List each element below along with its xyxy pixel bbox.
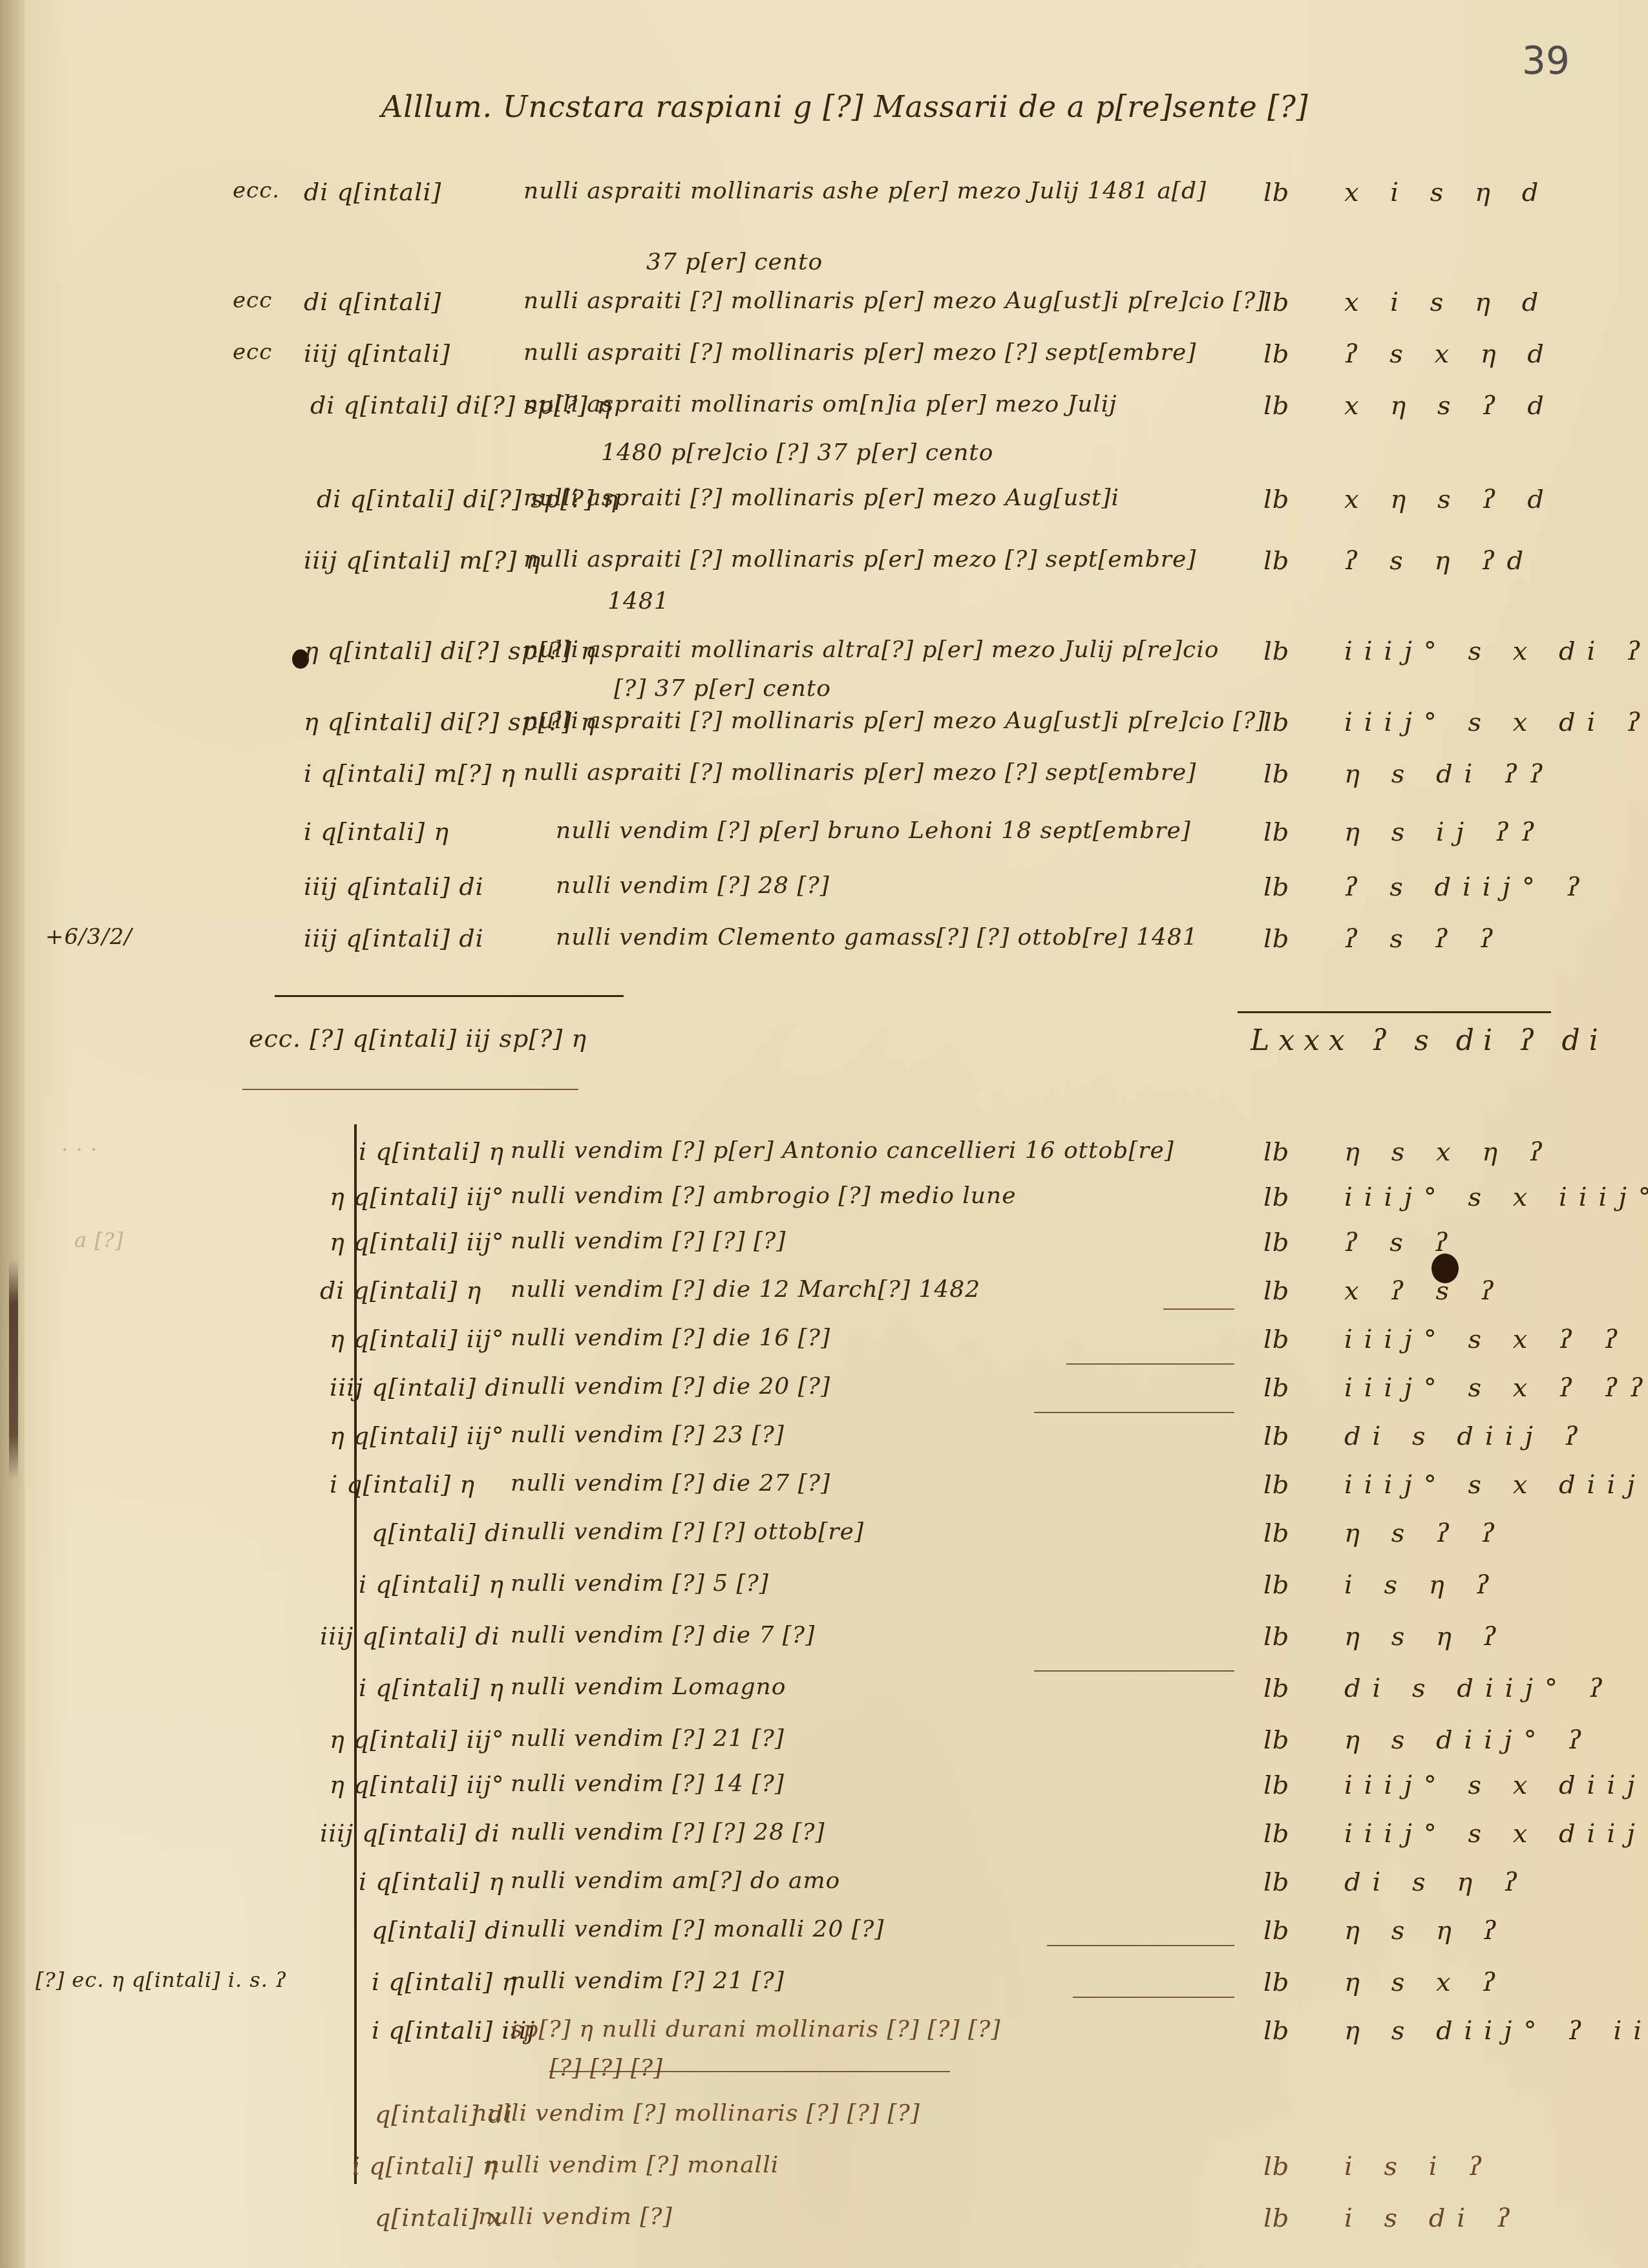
ledger-row: iiij q[intali] m[?] η nulli aspraiti [?]… — [0, 546, 1648, 585]
pound-mark: lb — [1263, 872, 1289, 902]
amount: ʔ s η ʔd — [1344, 546, 1535, 576]
amount: x ʔ s ʔ — [1344, 1276, 1506, 1306]
ledger-row: iiij q[intali] di nulli vendim [?] die 7… — [0, 1622, 1648, 1661]
ledger-row: iiij q[intali] di nulli vendim [?] die 2… — [0, 1373, 1648, 1412]
ledger-row: q[intali] x nulli vendim [?] lb i s di ʔ — [0, 2203, 1648, 2242]
amount: iiij° s x ʔ ʔʔ — [1344, 1373, 1648, 1403]
amount: i s i ʔ — [1344, 2152, 1494, 2181]
pound-mark: lb — [1263, 288, 1289, 317]
folio-number: 39 — [1522, 39, 1570, 83]
pound-mark: lb — [1263, 178, 1289, 207]
description: nulli vendim [?] die 7 [?] — [511, 1622, 815, 1648]
description: nulli vendim [?] mollinaris [?] [?] [?] — [472, 2100, 920, 2126]
quantity: iiij q[intali] di — [320, 1819, 533, 1847]
pound-mark: lb — [1263, 1182, 1289, 1212]
margin-mark: ecc — [233, 288, 272, 313]
amount: i s di ʔ — [1344, 2203, 1522, 2233]
pound-mark: lb — [1263, 2152, 1289, 2181]
pound-mark: lb — [1263, 1570, 1289, 1600]
description: nulli vendim [?] p[er] bruno Lehoni 18 s… — [556, 817, 1191, 844]
leader-line — [1073, 1997, 1234, 1998]
quantity: iiij q[intali] m[?] η — [304, 546, 517, 574]
description: sp[?] η nulli durani mollinaris [?] [?] … — [511, 2016, 1000, 2042]
pound-mark: lb — [1263, 1422, 1289, 1451]
pound-mark: lb — [1263, 485, 1289, 514]
pound-mark: lb — [1263, 1867, 1289, 1897]
pound-mark: lb — [1263, 2016, 1289, 2046]
quantity: iiij q[intali] di — [304, 872, 517, 901]
leader-line — [1066, 1363, 1234, 1365]
description: nulli vendim am[?] do amo — [511, 1867, 840, 1894]
amount: iiij° s x iiij° ʔ — [1344, 1182, 1648, 1212]
ledger-row: i q[intali] η nulli vendim [?] monalli l… — [0, 2152, 1648, 2190]
ledger-row: η q[intali] di[?] sp[?] η nulli aspraiti… — [0, 708, 1648, 746]
amount: ʔ s x η d — [1344, 339, 1556, 369]
pound-mark: lb — [1263, 924, 1289, 954]
amount: η s η ʔ — [1344, 1622, 1508, 1652]
amount: ʔ s ʔ — [1344, 1228, 1460, 1257]
description: nulli vendim [?] [?] 28 [?] — [511, 1819, 825, 1845]
amount: iiij° s x di ʔ — [1344, 708, 1648, 737]
amount: iiij° s x diij ʔ — [1344, 1470, 1648, 1500]
quantity: iiij q[intali] di — [320, 1622, 533, 1650]
pound-mark: lb — [1263, 1770, 1289, 1800]
description: nulli aspraiti [?] mollinaris p[er] mezo… — [523, 546, 1196, 572]
pound-mark: lb — [1263, 546, 1289, 576]
subtotal-rule-left — [275, 995, 624, 997]
amount: η s η ʔ — [1344, 1916, 1508, 1946]
page-heading: Alllum. Uncstara raspiani g [?] Massarii… — [381, 89, 1309, 124]
description: nulli aspraiti mollinaris om[n]ia p[er] … — [523, 391, 1117, 417]
ledger-row: i q[intali] η nulli vendim [?] die 27 [?… — [0, 1470, 1648, 1509]
amount: η s diij° ʔ — [1344, 1725, 1594, 1755]
pound-mark: lb — [1263, 391, 1289, 421]
amount: η s ʔ ʔ — [1344, 1518, 1507, 1548]
amount: iiij° s x diij ʔ — [1344, 1770, 1648, 1800]
quantity: iiij q[intali] — [304, 339, 517, 368]
subtotal-quantity: ecc. [?] q[intali] iij sp[?] η — [249, 1024, 587, 1053]
ledger-row: η q[intali] iij° nulli vendim [?] ambrog… — [0, 1182, 1648, 1221]
pound-mark: lb — [1263, 1276, 1289, 1306]
divider-rule — [242, 1089, 578, 1090]
amount: ʔ s ʔ ʔ — [1344, 924, 1505, 954]
strike-through-line — [549, 2071, 950, 2072]
amount: x i s η d — [1344, 178, 1550, 207]
pound-mark: lb — [1263, 1518, 1289, 1548]
description: nulli aspraiti [?] mollinaris p[er] mezo… — [523, 288, 1265, 314]
quantity: di q[intali] η — [320, 1276, 533, 1305]
leader-line — [1163, 1308, 1234, 1310]
pound-mark: lb — [1263, 759, 1289, 789]
pound-mark: lb — [1263, 1725, 1289, 1755]
amount: iiij° s x di ʔ — [1344, 636, 1648, 666]
ledger-row: ecc. di q[intali] nulli aspraiti mollina… — [0, 178, 1648, 216]
description: nulli aspraiti [?] mollinaris p[er] mezo… — [523, 339, 1196, 366]
ledger-row: iiij q[intali] di nulli vendim [?] [?] 2… — [0, 1819, 1648, 1858]
ledger-page: 39 Alllum. Uncstara raspiani g [?] Massa… — [0, 0, 1648, 2268]
ledger-row: ecc iiij q[intali] nulli aspraiti [?] mo… — [0, 339, 1648, 378]
pound-mark: lb — [1263, 636, 1289, 666]
ledger-row: η q[intali] iij° nulli vendim [?] 21 [?]… — [0, 1725, 1648, 1764]
description: nulli vendim [?] ambrogio [?] medio lune — [511, 1182, 1017, 1209]
description: nulli aspraiti [?] mollinaris p[er] mezo… — [523, 485, 1119, 511]
subtotal-rule-right — [1238, 1011, 1551, 1013]
amount: x η s ʔ d — [1344, 391, 1556, 421]
amount: η s x η ʔ — [1344, 1137, 1554, 1167]
quantity: η q[intali] di[?] sp[?] η — [304, 708, 517, 736]
quantity: di q[intali] di[?] sp[?] η — [310, 391, 523, 419]
ledger-row: η q[intali] di[?] sp[?] η nulli aspraiti… — [0, 636, 1648, 675]
pound-mark: lb — [1263, 2203, 1289, 2233]
ledger-row: i q[intali] η nulli vendim am[?] do amo … — [0, 1867, 1648, 1906]
description: nulli vendim [?] die 16 [?] — [511, 1325, 830, 1351]
amount: η s x ʔ — [1344, 1968, 1508, 1997]
ledger-row: i q[intali] η nulli vendim Lomagno lb di… — [0, 1674, 1648, 1712]
quantity: iiij q[intali] di — [304, 924, 517, 952]
description: nulli vendim [?] 23 [?] — [511, 1422, 785, 1448]
amount: x η s ʔ d — [1344, 485, 1556, 514]
description: nulli vendim [?] monalli — [485, 2152, 779, 2178]
description: nulli aspraiti [?] mollinaris p[er] mezo… — [523, 759, 1196, 786]
description: nulli aspraiti [?] mollinaris p[er] mezo… — [523, 708, 1265, 734]
pound-mark: lb — [1263, 817, 1289, 847]
ledger-row: i q[intali] m[?] η nulli aspraiti [?] mo… — [0, 759, 1648, 798]
description: nulli vendim [?] die 20 [?] — [511, 1373, 830, 1400]
ledger-row-continuation: [?] [?] [?] — [0, 2055, 1648, 2094]
amount: di s η ʔ — [1344, 1867, 1529, 1897]
pound-mark: lb — [1263, 1373, 1289, 1403]
description: nulli vendim [?] 21 [?] — [511, 1968, 785, 1994]
margin-tally-note: [?] ec. η q[intali] i. s. ʔ — [36, 1968, 287, 1992]
amount: ʔ s diij° ʔ — [1344, 872, 1592, 902]
margin-mark: ecc. — [233, 178, 280, 204]
quantity: i q[intali] m[?] η — [304, 759, 517, 788]
ledger-row: q[intali] di nulli vendim [?] monalli 20… — [0, 1916, 1648, 1955]
margin-tally-note: +6/3/2/ — [45, 924, 132, 950]
amount: η s diij° ʔ iiij° ʔ — [1344, 2016, 1648, 2046]
amount: η s ij ʔʔ — [1344, 817, 1547, 847]
description: nulli vendim [?] — [478, 2203, 673, 2230]
ledger-row: di q[intali] di[?] sp[?] η nulli asprait… — [0, 391, 1648, 430]
amount: iiij° s x diij ʔ — [1344, 1819, 1648, 1849]
description: nulli vendim [?] [?] ottob[re] — [511, 1518, 864, 1545]
amount: x i s η d — [1344, 288, 1550, 317]
amount: η s di ʔʔ — [1344, 759, 1555, 789]
description: nulli aspraiti mollinaris ashe p[er] mez… — [523, 178, 1207, 204]
pound-mark: lb — [1263, 708, 1289, 737]
ledger-row: i q[intali] η nulli vendim [?] p[er] bru… — [0, 817, 1648, 856]
description: nulli vendim [?] 5 [?] — [511, 1570, 769, 1597]
pound-mark: lb — [1263, 1622, 1289, 1652]
ledger-row: [?] ec. η q[intali] i. s. ʔ i q[intali] … — [0, 1968, 1648, 2006]
pound-mark: lb — [1263, 1325, 1289, 1354]
ledger-row: q[intali] di nulli vendim [?] mollinaris… — [0, 2100, 1648, 2139]
ledger-row: η q[intali] iij° nulli vendim [?] 14 [?]… — [0, 1770, 1648, 1809]
ledger-row: q[intali] di nulli vendim [?] [?] ottob[… — [0, 1518, 1648, 1557]
leader-line — [1034, 1412, 1234, 1413]
ledger-row: η q[intali] iij° nulli vendim [?] [?] [?… — [0, 1228, 1648, 1266]
description: nulli vendim [?] [?] [?] — [511, 1228, 786, 1254]
description-continuation: 37 p[er] cento — [646, 249, 823, 275]
description: nulli vendim [?] monalli 20 [?] — [511, 1916, 884, 1942]
ledger-row-continuation: 1481 — [0, 588, 1648, 627]
ledger-row: iiij q[intali] di nulli vendim [?] 28 [?… — [0, 872, 1648, 911]
quantity: di q[intali] di[?] sp[?] η — [317, 485, 530, 513]
description-continuation: 1481 — [607, 588, 670, 614]
description: nulli vendim [?] die 12 March[?] 1482 — [511, 1276, 980, 1303]
description-continuation: 1480 p[re]cio [?] 37 p[er] cento — [601, 439, 993, 466]
description: nulli vendim [?] die 27 [?] — [511, 1470, 830, 1496]
ledger-row: ecc di q[intali] nulli aspraiti [?] moll… — [0, 288, 1648, 326]
description: nulli vendim [?] 21 [?] — [511, 1725, 785, 1752]
pound-mark: lb — [1263, 1916, 1289, 1946]
pound-mark: lb — [1263, 1137, 1289, 1167]
amount: i s η ʔ — [1344, 1570, 1501, 1600]
pound-mark: lb — [1263, 1674, 1289, 1703]
section-total: Lxxx ʔ s di ʔ di — [1251, 1024, 1607, 1057]
amount: di s diij° ʔ — [1344, 1674, 1614, 1703]
amount: di s diij ʔ — [1344, 1422, 1590, 1451]
description: nulli vendim Lomagno — [511, 1674, 786, 1700]
description-continuation: [?] [?] [?] — [549, 2055, 663, 2081]
ledger-row-continuation: 37 p[er] cento — [0, 249, 1648, 288]
leader-line — [1047, 1945, 1234, 1946]
pound-mark: lb — [1263, 1819, 1289, 1849]
leader-line — [1034, 1670, 1234, 1672]
ledger-row-continuation: 1480 p[re]cio [?] 37 p[er] cento — [0, 439, 1648, 478]
pound-mark: lb — [1263, 339, 1289, 369]
pound-mark: lb — [1263, 1968, 1289, 1997]
ledger-row: di q[intali] di[?] sp[?] η nulli asprait… — [0, 485, 1648, 523]
ledger-row: i q[intali] η nulli vendim [?] p[er] Ant… — [0, 1137, 1648, 1176]
margin-mark: ecc — [233, 339, 272, 365]
ledger-row: i q[intali] iiij sp[?] η nulli durani mo… — [0, 2016, 1648, 2055]
description: nulli aspraiti mollinaris altra[?] p[er]… — [523, 636, 1219, 663]
quantity: η q[intali] di[?] sp[?] η — [304, 636, 517, 665]
ledger-row: di q[intali] η nulli vendim [?] die 12 M… — [0, 1276, 1648, 1315]
pound-mark: lb — [1263, 1470, 1289, 1500]
description: nulli vendim [?] p[er] Antonio cancellie… — [511, 1137, 1174, 1164]
amount: iiij° s x ʔ ʔ — [1344, 1325, 1630, 1354]
quantity: di q[intali] — [304, 178, 517, 206]
quantity: i q[intali] η — [304, 817, 517, 846]
ledger-row: η q[intali] iij° nulli vendim [?] die 16… — [0, 1325, 1648, 1363]
description: nulli vendim Clemento gamass[?] [?] otto… — [556, 924, 1198, 950]
pound-mark: lb — [1263, 1228, 1289, 1257]
description: nulli vendim [?] 14 [?] — [511, 1770, 785, 1797]
description: nulli vendim [?] 28 [?] — [556, 872, 830, 899]
quantity: di q[intali] — [304, 288, 517, 316]
ledger-row: i q[intali] η nulli vendim [?] 5 [?] lb … — [0, 1570, 1648, 1609]
description-continuation: [?] 37 p[er] cento — [614, 675, 831, 702]
ledger-row: η q[intali] iij° nulli vendim [?] 23 [?]… — [0, 1422, 1648, 1460]
ledger-row: +6/3/2/ iiij q[intali] di nulli vendim C… — [0, 924, 1648, 963]
